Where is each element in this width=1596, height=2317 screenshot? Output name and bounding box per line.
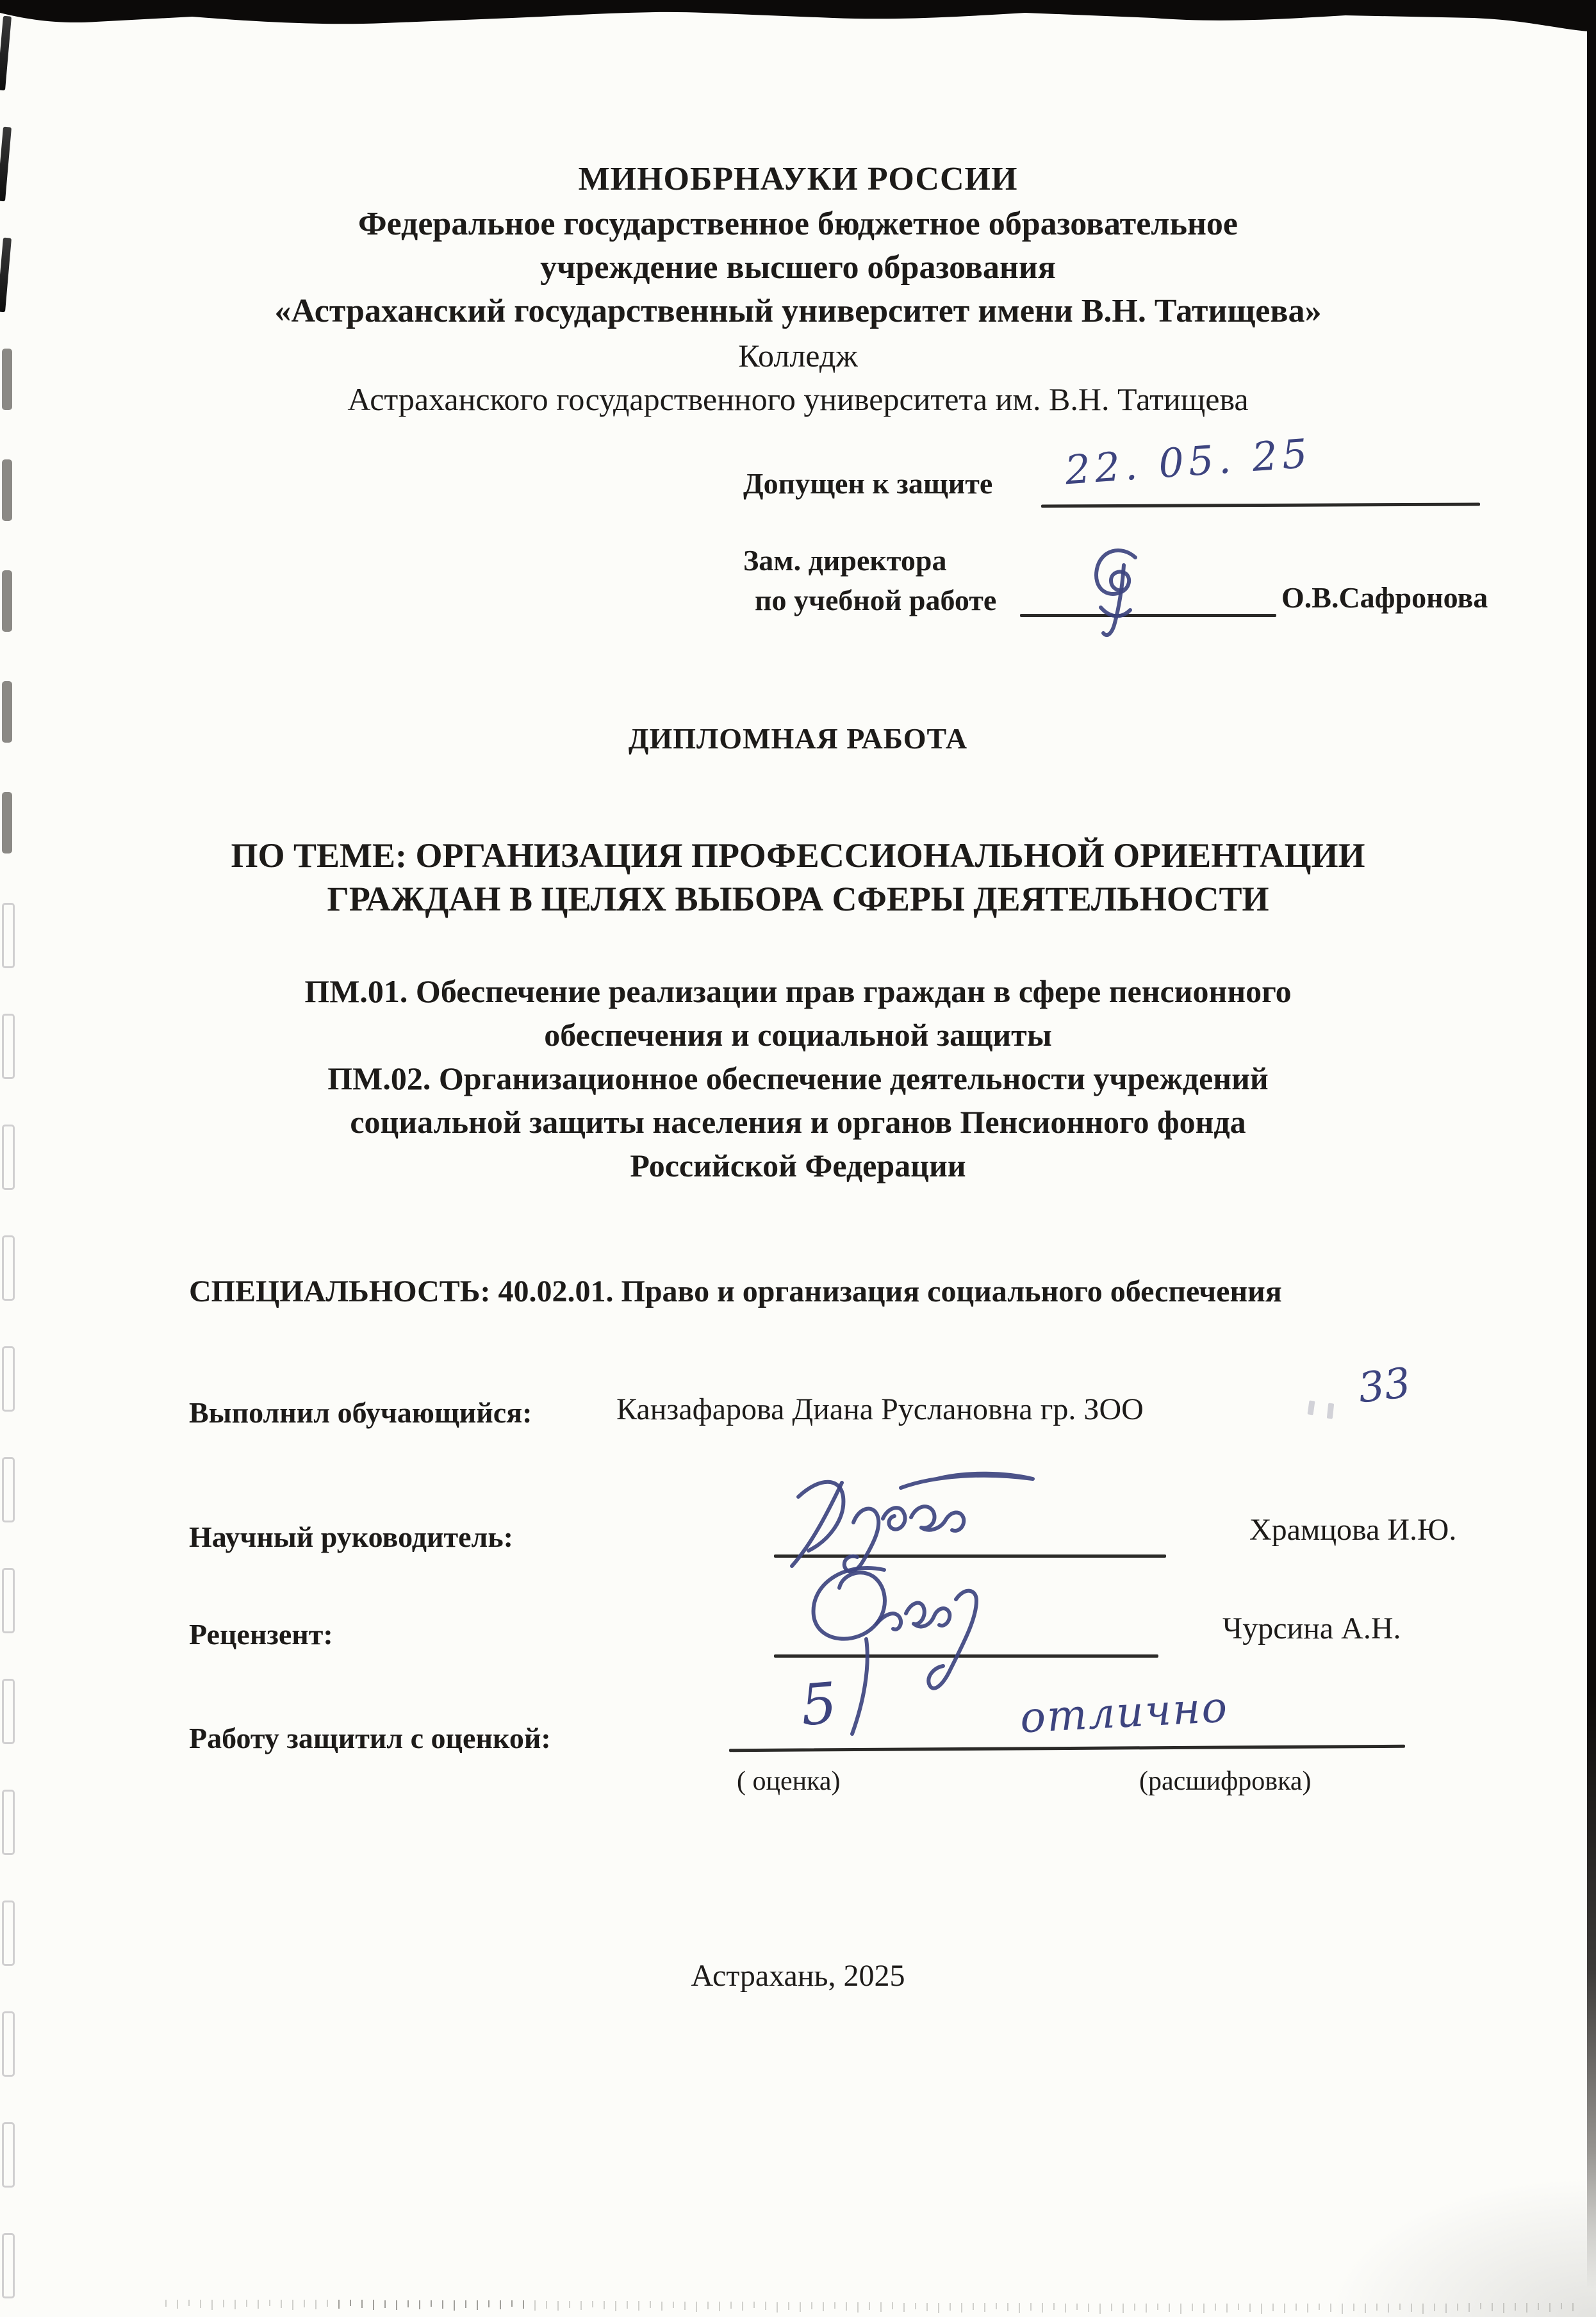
scan-bottom-tick	[1238, 2304, 1239, 2310]
scan-bottom-tick	[1342, 2304, 1343, 2314]
module-line-5: Российской Федерации	[0, 1147, 1596, 1184]
scan-bottom-tick	[857, 2302, 859, 2313]
scan-bottom-tick	[984, 2303, 985, 2312]
scan-bottom-tick	[1399, 2304, 1401, 2310]
admission-signature-line	[1041, 503, 1480, 508]
admission-date-handwritten: 22. 05. 25	[1064, 430, 1313, 494]
scan-bottom-tick	[327, 2300, 328, 2307]
scan-bottom-tick	[915, 2303, 916, 2309]
theme-line-2: ГРАЖДАН В ЦЕЛЯХ ВЫБОРА СФЕРЫ ДЕЯТЕЛЬНОСТ…	[0, 879, 1596, 919]
scan-bottom-tick	[1572, 2303, 1574, 2311]
scan-bottom-tick	[234, 2300, 236, 2309]
scan-bottom-tick	[1249, 2304, 1251, 2312]
scan-bottom-tick	[1053, 2303, 1055, 2310]
scan-bottom-tick	[304, 2300, 305, 2307]
scan-bottom-tick	[523, 2300, 524, 2309]
college-of-line: Астраханского государственного университ…	[0, 381, 1596, 418]
scan-bottom-tick	[880, 2302, 882, 2312]
specialty-line: СПЕЦИАЛЬНОСТЬ: 40.02.01. Право и организ…	[189, 1274, 1282, 1309]
scan-bottom-tick	[269, 2300, 270, 2306]
scan-bottom-tick	[384, 2300, 386, 2308]
binding-mark	[2, 1457, 15, 1522]
reviewer-name: Чурсина А.Н.	[1222, 1611, 1401, 1646]
scan-bottom-tick	[1492, 2303, 1493, 2311]
ministry-line: МИНОБРНАУКИ РОССИИ	[0, 160, 1596, 198]
scan-bottom-tick	[834, 2302, 835, 2309]
supervisor-label: Научный руководитель:	[189, 1520, 513, 1554]
erased-mark	[1308, 1400, 1315, 1415]
scan-bottom-tick	[1561, 2303, 1562, 2309]
institution-line-2: учреждение высшего образования	[0, 249, 1596, 286]
scan-bottom-tick	[1549, 2303, 1551, 2312]
theme-line-1: ПО ТЕМЕ: ОРГАНИЗАЦИЯ ПРОФЕССИОНАЛЬНОЙ ОР…	[0, 836, 1596, 875]
scan-bottom-tick	[511, 2300, 513, 2307]
performer-group-handwritten: 33	[1356, 1359, 1413, 1412]
scan-bottom-tick	[1030, 2303, 1032, 2311]
scan-bottom-tick	[950, 2303, 951, 2311]
binding-mark	[2, 1014, 15, 1079]
scan-bottom-tick	[1203, 2304, 1205, 2313]
binding-mark	[2, 1790, 15, 1855]
scan-bottom-tick	[627, 2301, 628, 2309]
scan-bottom-tick	[1365, 2304, 1366, 2313]
scan-bottom-tick	[592, 2301, 593, 2307]
scan-bottom-tick	[188, 2300, 190, 2306]
scan-bottom-tick	[1099, 2304, 1101, 2314]
scan-right-edge	[1587, 0, 1596, 2289]
scan-bottom-tick	[903, 2303, 905, 2312]
scan-bottom-tick	[638, 2301, 639, 2311]
institution-line-3: «Астраханский государственный университе…	[0, 292, 1596, 330]
scan-bottom-tick	[569, 2301, 570, 2308]
scan-bottom-tick	[1019, 2303, 1020, 2313]
scan-bottom-tick	[338, 2300, 340, 2309]
scan-bottom-tick	[650, 2301, 651, 2308]
scan-bottom-tick	[1007, 2303, 1008, 2311]
scan-bottom-tick	[1134, 2304, 1135, 2311]
binding-mark	[2, 2233, 15, 2298]
grade-caption: ( оценка)	[737, 1766, 840, 1797]
scan-bottom-tick	[1480, 2303, 1481, 2309]
scan-bottom-tick	[1272, 2304, 1274, 2311]
binding-mark	[2, 570, 12, 632]
scan-bottom-tick	[753, 2302, 755, 2308]
scan-bottom-tick	[534, 2300, 536, 2311]
scan-bottom-tick	[396, 2300, 397, 2310]
scan-bottom-tick	[996, 2303, 997, 2309]
scan-bottom-tick	[292, 2300, 293, 2310]
approver-title-line-2: по учебной работе	[755, 583, 996, 617]
performer-name: Канзафарова Диана Руслановна гр. ЗОО	[616, 1392, 1144, 1427]
grade-value-handwritten: 5	[798, 1670, 840, 1738]
scan-bottom-tick	[1468, 2303, 1470, 2312]
scan-bottom-tick	[1503, 2303, 1504, 2313]
scan-corner-haze	[1327, 2176, 1596, 2317]
scan-bottom-tick	[488, 2300, 489, 2307]
scan-bottom-tick	[1376, 2304, 1378, 2311]
binding-mark	[2, 1346, 15, 1412]
scan-bottom-tick	[442, 2300, 443, 2309]
binding-mark	[2, 903, 15, 968]
scan-bottom-tick	[500, 2300, 501, 2309]
scan-bottom-tick	[1422, 2304, 1424, 2314]
scan-bottom-tick	[177, 2300, 178, 2309]
scan-bottom-tick	[800, 2302, 801, 2312]
scan-bottom-tick	[431, 2300, 432, 2307]
scan-bottom-tick	[938, 2303, 939, 2313]
module-line-2: обеспечения и социальной защиты	[0, 1016, 1596, 1053]
scan-bottom-tick	[846, 2302, 847, 2311]
scan-bottom-tick	[615, 2301, 616, 2311]
scan-top-edge	[0, 0, 1596, 33]
scan-bottom-tick	[1526, 2303, 1527, 2313]
reviewer-label: Рецензент:	[189, 1617, 333, 1651]
scan-bottom-tick	[1261, 2304, 1262, 2314]
scan-bottom-tick	[719, 2302, 720, 2311]
scan-bottom-tick	[973, 2303, 974, 2310]
binding-mark	[2, 792, 12, 853]
binding-mark	[2, 1679, 15, 1744]
scan-bottom-tick	[742, 2302, 743, 2311]
performer-label: Выполнил обучающийся:	[189, 1396, 532, 1430]
scan-bottom-tick	[1076, 2304, 1078, 2310]
scan-bottom-tick	[869, 2302, 870, 2310]
erased-mark	[1327, 1403, 1334, 1419]
binding-mark	[2, 349, 12, 410]
scan-bottom-tick	[892, 2302, 893, 2309]
scan-bottom-tick	[1445, 2304, 1447, 2313]
scan-bottom-tick	[811, 2302, 812, 2309]
scan-bottom-tick	[373, 2300, 374, 2310]
scan-bottom-tick	[926, 2303, 928, 2311]
scan-bottom-tick	[604, 2301, 605, 2309]
scan-bottom-tick	[1146, 2304, 1147, 2313]
scan-bottom-tick	[765, 2302, 766, 2310]
work-type-title: ДИПЛОМНАЯ РАБОТА	[0, 721, 1596, 755]
scan-bottom-tick	[777, 2302, 778, 2313]
scan-bottom-tick	[1457, 2304, 1458, 2311]
scan-bottom-tick	[223, 2300, 224, 2307]
binding-mark	[2, 2122, 15, 2188]
scan-bottom-tick	[580, 2301, 582, 2310]
approver-signature	[1082, 543, 1165, 639]
binding-mark	[2, 459, 12, 521]
binding-mark	[2, 1568, 15, 1633]
binding-mark	[2, 1901, 15, 1966]
module-line-3: ПМ.02. Организационное обеспечение деяте…	[0, 1060, 1596, 1097]
approver-title-line-1: Зам. директора	[743, 543, 946, 577]
scan-bottom-tick	[1215, 2304, 1216, 2311]
scan-bottom-tick	[315, 2300, 317, 2309]
city-year-line: Астрахань, 2025	[0, 1958, 1596, 1993]
institution-line-1: Федеральное государственное бюджетное об…	[0, 205, 1596, 243]
scan-bottom-tick	[961, 2303, 962, 2313]
scan-bottom-tick	[730, 2302, 732, 2309]
scan-bottom-tick	[1434, 2304, 1435, 2311]
scan-bottom-tick	[281, 2300, 282, 2308]
scan-bottom-tick	[454, 2300, 455, 2311]
scan-bottom-tick	[707, 2302, 709, 2309]
module-line-1: ПМ.01. Обеспечение реализации прав гражд…	[0, 973, 1596, 1010]
college-line: Колледж	[0, 337, 1596, 374]
scan-bottom-tick	[661, 2302, 662, 2311]
scan-bottom-tick	[1296, 2304, 1297, 2311]
binding-mark	[2, 2011, 15, 2077]
scan-bottom-tick	[407, 2300, 409, 2307]
scan-bottom-tick	[546, 2301, 547, 2309]
scan-bottom-tick	[258, 2300, 259, 2309]
scan-bottom-tick	[1319, 2304, 1320, 2310]
scanned-page: МИНОБРНАУКИ РОССИИ Федеральное государст…	[0, 0, 1596, 2317]
scan-bottom-tick	[823, 2302, 824, 2311]
scan-bottom-tick	[788, 2302, 789, 2310]
transcript-caption: (расшифровка)	[1139, 1766, 1312, 1797]
scan-bottom-tick	[1169, 2304, 1170, 2312]
scan-bottom-tick	[465, 2300, 466, 2308]
scan-bottom-tick	[673, 2302, 674, 2308]
scan-bottom-tick	[350, 2300, 351, 2306]
scan-bottom-tick	[419, 2300, 420, 2309]
scan-bottom-tick	[1123, 2304, 1124, 2313]
scan-bottom-tick	[1065, 2304, 1066, 2313]
scan-bottom-tick	[1307, 2304, 1308, 2313]
module-line-4: социальной защиты населения и органов Пе…	[0, 1103, 1596, 1141]
scan-bottom-tick	[200, 2300, 201, 2308]
scan-bottom-tick	[1515, 2303, 1516, 2311]
scan-bottom-tick	[1042, 2303, 1043, 2313]
scan-bottom-tick	[1192, 2304, 1193, 2311]
scan-bottom-tick	[361, 2300, 363, 2308]
admission-label: Допущен к защите	[743, 466, 992, 500]
scan-bottom-tick	[1388, 2304, 1389, 2313]
scan-bottom-tick	[1411, 2304, 1412, 2312]
scan-bottom-tick	[1284, 2304, 1285, 2313]
scan-bottom-tick	[1226, 2304, 1228, 2313]
binding-mark	[2, 1235, 15, 1301]
scan-bottom-tick	[1157, 2304, 1158, 2310]
scan-bottom-tick	[696, 2302, 697, 2312]
scan-bottom-tick	[165, 2300, 167, 2307]
scan-bottom-tick	[684, 2302, 686, 2310]
binding-mark	[2, 1125, 15, 1190]
binding-mark	[0, 16, 12, 91]
scan-bottom-tick	[1111, 2304, 1112, 2311]
grade-word-handwritten: отлично	[1019, 1683, 1230, 1743]
scan-bottom-tick	[1353, 2304, 1354, 2311]
scan-bottom-tick	[557, 2301, 559, 2311]
scan-bottom-tick	[1180, 2304, 1181, 2314]
supervisor-name: Храмцова И.Ю.	[1249, 1512, 1456, 1547]
scan-bottom-tick	[1088, 2304, 1089, 2312]
binding-mark	[2, 681, 12, 743]
scan-bottom-tick	[477, 2300, 478, 2310]
scan-bottom-tick	[1538, 2303, 1539, 2310]
approver-name: О.В.Сафронова	[1281, 581, 1488, 614]
scan-bottom-tick	[1330, 2304, 1331, 2312]
scan-bottom-tick	[211, 2300, 213, 2310]
scan-bottom-tick	[246, 2300, 247, 2307]
defense-grade-label: Работу защитил с оценкой:	[189, 1721, 551, 1755]
